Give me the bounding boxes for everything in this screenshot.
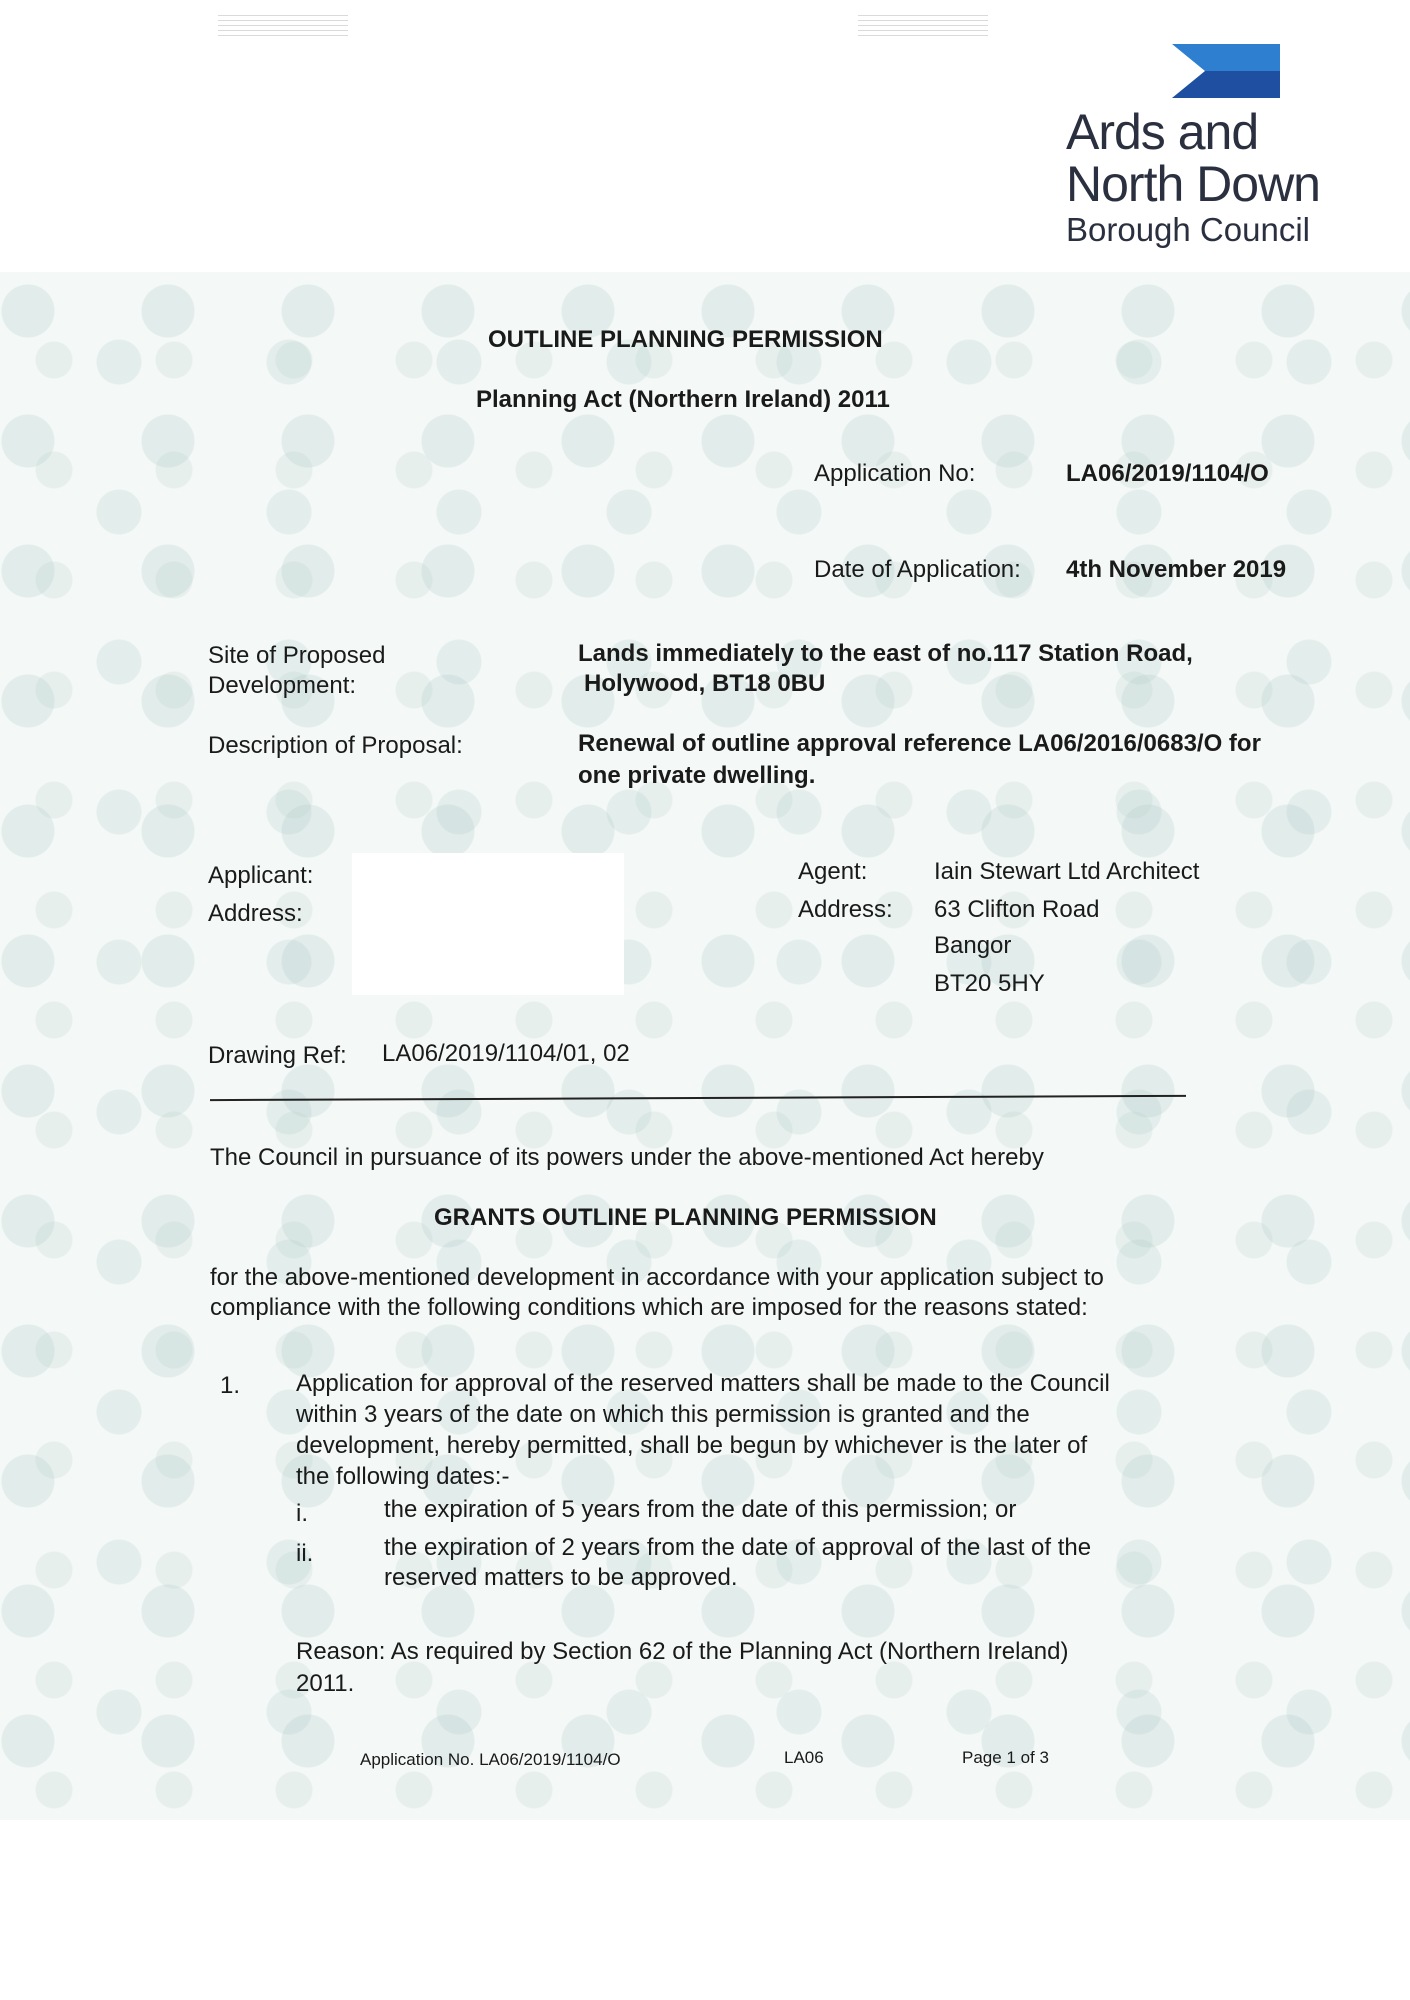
agent-address-line-2: Bangor [934, 932, 1011, 960]
description-line-1: Renewal of outline approval reference LA… [578, 730, 1261, 758]
footer-application-no: Application No. LA06/2019/1104/O [360, 1750, 621, 1770]
footer-code: LA06 [784, 1748, 824, 1768]
intro-text: The Council in pursuance of its powers u… [210, 1144, 1044, 1172]
applicant-address-label: Address: [208, 900, 303, 928]
site-label-line-1: Site of Proposed [208, 642, 385, 670]
application-no-label: Application No: [814, 460, 975, 488]
redacted-applicant-block [352, 853, 624, 995]
date-of-application-label: Date of Application: [814, 556, 1021, 584]
applicant-label: Applicant: [208, 862, 313, 890]
reason-line-2: 2011. [296, 1670, 354, 1698]
sub-item-i-text: the expiration of 5 years from the date … [384, 1496, 1016, 1524]
condition-line: within 3 years of the date on which this… [296, 1399, 1110, 1430]
condition-line: Application for approval of the reserved… [296, 1368, 1110, 1399]
sub-item-marker-ii: ii. [296, 1540, 313, 1568]
sub-item-ii-line-1: the expiration of 2 years from the date … [384, 1534, 1091, 1562]
grant-body-line-1: for the above-mentioned development in a… [210, 1264, 1104, 1292]
reason-line-1: Reason: As required by Section 62 of the… [296, 1638, 1068, 1666]
footer-page-number: Page 1 of 3 [962, 1748, 1049, 1768]
agent-address-label: Address: [798, 896, 893, 924]
document-title: OUTLINE PLANNING PERMISSION [488, 326, 883, 354]
agent-address-line-3: BT20 5HY [934, 970, 1045, 998]
date-of-application-value: 4th November 2019 [1066, 556, 1286, 584]
agent-label: Agent: [798, 858, 867, 886]
logo-line-1: Ards and [1066, 106, 1320, 158]
grant-body-line-2: compliance with the following conditions… [210, 1294, 1088, 1322]
condition-line: development, hereby permitted, shall be … [296, 1430, 1110, 1461]
application-no-value: LA06/2019/1104/O [1066, 460, 1269, 488]
scan-artifact [218, 14, 348, 36]
drawing-ref-value: LA06/2019/1104/01, 02 [382, 1040, 630, 1068]
site-label-line-2: Development: [208, 672, 356, 700]
condition-number: 1. [220, 1372, 240, 1400]
condition-text: Application for approval of the reserved… [296, 1368, 1110, 1492]
condition-line: the following dates:- [296, 1461, 1110, 1492]
drawing-ref-label: Drawing Ref: [208, 1042, 347, 1070]
sub-item-marker-i: i. [296, 1500, 308, 1528]
flag-icon [1172, 44, 1280, 98]
agent-name: Iain Stewart Ltd Architect [934, 858, 1199, 886]
sub-item-ii-line-2: reserved matters to be approved. [384, 1564, 738, 1592]
grant-heading: GRANTS OUTLINE PLANNING PERMISSION [434, 1204, 937, 1232]
logo-line-3: Borough Council [1066, 210, 1320, 250]
document-subtitle: Planning Act (Northern Ireland) 2011 [476, 386, 890, 414]
site-value-line-2: Holywood, BT18 0BU [584, 670, 825, 698]
scan-artifact [858, 14, 988, 36]
logo-line-2: North Down [1066, 158, 1320, 210]
site-value-line-1: Lands immediately to the east of no.117 … [578, 640, 1193, 668]
description-line-2: one private dwelling. [578, 762, 815, 790]
agent-address-line-1: 63 Clifton Road [934, 896, 1099, 924]
description-label: Description of Proposal: [208, 732, 463, 760]
